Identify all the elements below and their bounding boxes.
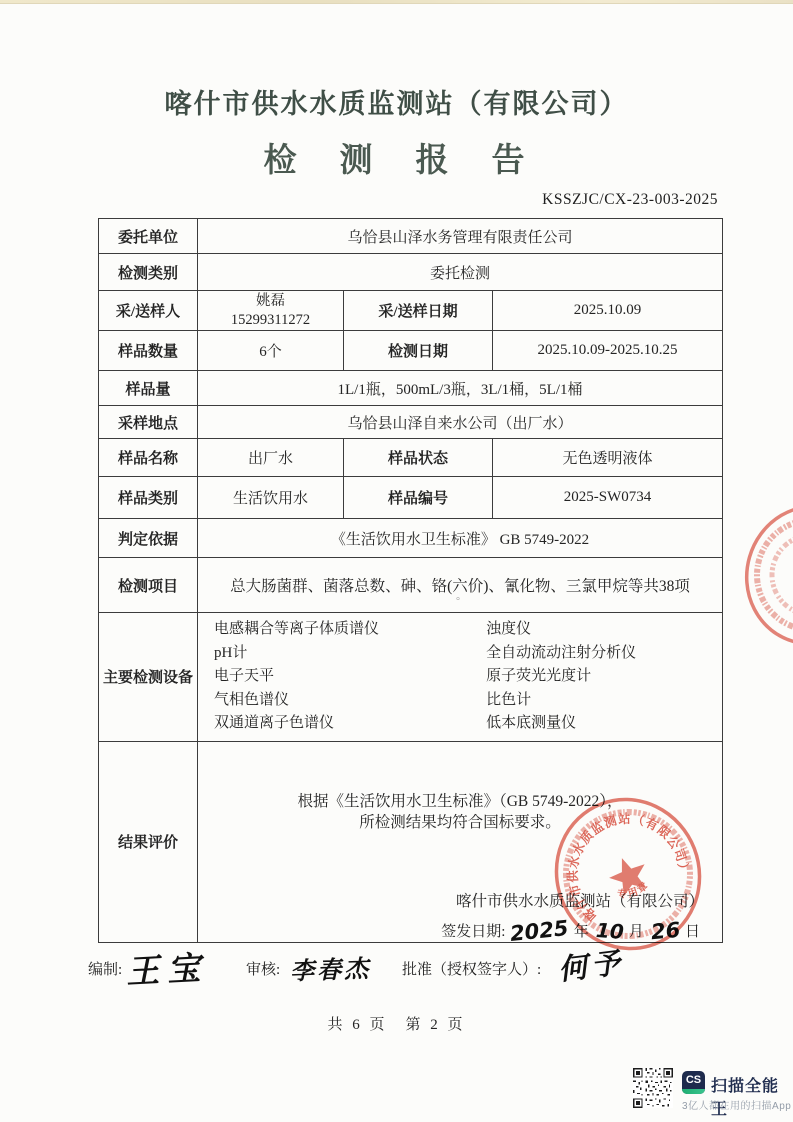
table-row: 检测类别 委托检测 [99, 254, 723, 291]
row-value: 委托检测 [198, 254, 723, 291]
scanned-report-page: 喀什市供水水质监测站（有限公司） 检 测 报 告 KSSZJC/CX-23-00… [0, 0, 793, 1122]
equipment-item: 双通道离子色谱仪 [214, 712, 486, 736]
equipment-item: 低本底测量仪 [486, 712, 718, 736]
row-value: 总大肠菌群、菌落总数、砷、铬(六价)、氰化物、三氯甲烷等共38项 [198, 558, 723, 613]
edge-seal-stamp [737, 500, 793, 650]
equipment-list-left: 电感耦合等离子体质谱仪 pH计 电子天平 气相色谱仪 双通道离子色谱仪 [214, 618, 486, 736]
equipment-item: 全自动流动注射分析仪 [486, 642, 718, 666]
reviewed-label: 审核: [246, 958, 280, 979]
row-value: 2025-SW0734 [493, 477, 723, 519]
row-label: 采/送样人 [99, 291, 198, 331]
equipment-item: 浊度仪 [486, 618, 718, 642]
camscanner-tagline: 3亿人都在用的扫描App [682, 1097, 791, 1112]
equipment-item: 电子天平 [214, 665, 486, 689]
prepared-signature: 王宝 [125, 942, 209, 993]
equipment-cell: 电感耦合等离子体质谱仪 pH计 电子天平 气相色谱仪 双通道离子色谱仪 浊度仪 … [198, 613, 723, 742]
equipment-item: 比色计 [486, 689, 718, 713]
row-value: 乌恰县山泽自来水公司（出厂水） [198, 406, 723, 439]
table-row: 主要检测设备 电感耦合等离子体质谱仪 pH计 电子天平 气相色谱仪 双通道离子色… [99, 613, 723, 742]
row-label: 检测日期 [344, 331, 493, 371]
row-value: 无色透明液体 [493, 439, 723, 477]
prepared-label: 编制: [88, 958, 122, 979]
camscanner-brand-text: 扫描全能王 [711, 1073, 793, 1119]
report-number: KSSZJC/CX-23-003-2025 [98, 191, 718, 209]
table-row: 样品量 1L/1瓶，500mL/3瓶，3L/1桶，5L/1桶 [99, 371, 723, 406]
row-label: 样品名称 [99, 439, 198, 477]
table-row: 采/送样人 姚磊 15299311272 采/送样日期 2025.10.09 [99, 291, 723, 331]
table-row: 检测项目 总大肠菌群、菌落总数、砷、铬(六价)、氰化物、三氯甲烷等共38项 [99, 558, 723, 613]
row-label: 采/送样日期 [344, 291, 493, 331]
sampler-name: 姚磊 [202, 292, 339, 310]
equipment-item: 电感耦合等离子体质谱仪 [214, 618, 486, 642]
approved-label: 批准（授权签字人）: [402, 958, 541, 979]
row-label: 样品状态 [344, 439, 493, 477]
report-title: 检 测 报 告 [0, 134, 793, 181]
row-label: 采样地点 [99, 406, 198, 439]
row-label: 委托单位 [99, 219, 198, 254]
equipment-item: pH计 [214, 642, 486, 666]
row-label: 样品类别 [99, 477, 198, 519]
issue-date-label: 签发日期: [441, 920, 505, 941]
table-row: 委托单位 乌恰县山泽水务管理有限责任公司 [99, 219, 723, 254]
row-label: 检测项目 [99, 558, 198, 613]
row-value: 姚磊 15299311272 [198, 291, 344, 331]
equipment-item: 气相色谱仪 [214, 689, 486, 713]
org-title: 喀什市供水水质监测站（有限公司） [0, 82, 793, 121]
sampler-phone: 15299311272 [202, 311, 339, 329]
row-label: 判定依据 [99, 519, 198, 558]
row-value: 2025.10.09 [493, 291, 723, 331]
table-row: 采样地点 乌恰县山泽自来水公司（出厂水） [99, 406, 723, 439]
row-value: 2025.10.09-2025.10.25 [493, 331, 723, 371]
table-row: 样品类别 生活饮用水 样品编号 2025-SW0734 [99, 477, 723, 519]
row-value: 出厂水 [198, 439, 344, 477]
table-row: 判定依据 《生活饮用水卫生标准》 GB 5749-2022 [99, 519, 723, 558]
company-seal-stamp: 喀什市供水水质监测站（有限公司） 专用章 [546, 790, 710, 958]
table-row: 样品名称 出厂水 样品状态 无色透明液体 [99, 439, 723, 477]
row-label: 样品数量 [99, 331, 198, 371]
signature-row: 编制: 王宝 审核: 李春杰 批准（授权签字人）: 何予 [0, 942, 793, 997]
camscanner-logo-icon: CS [682, 1071, 705, 1094]
qr-code-icon [633, 1068, 673, 1108]
equipment-item: 原子荧光光度计 [486, 665, 718, 689]
page-number-info: 共 6 页 第 2 页 [0, 1013, 793, 1034]
scan-artifact-dot: ° [456, 596, 460, 607]
reviewed-signature: 李春杰 [289, 949, 371, 987]
row-value: 6个 [198, 331, 344, 371]
scan-edge-artifact [0, 0, 793, 4]
row-label: 主要检测设备 [99, 613, 198, 742]
row-value: 《生活饮用水卫生标准》 GB 5749-2022 [198, 519, 723, 558]
table-row: 样品数量 6个 检测日期 2025.10.09-2025.10.25 [99, 331, 723, 371]
row-value: 生活饮用水 [198, 477, 344, 519]
row-label: 检测类别 [99, 254, 198, 291]
equipment-list-right: 浊度仪 全自动流动注射分析仪 原子荧光光度计 比色计 低本底测量仪 [486, 618, 718, 736]
row-label: 样品量 [99, 371, 198, 406]
approved-signature: 何予 [556, 940, 627, 989]
row-value: 1L/1瓶，500mL/3瓶，3L/1桶，5L/1桶 [198, 371, 723, 406]
row-value: 乌恰县山泽水务管理有限责任公司 [198, 219, 723, 254]
row-label: 样品编号 [344, 477, 493, 519]
row-label: 结果评价 [99, 741, 198, 942]
